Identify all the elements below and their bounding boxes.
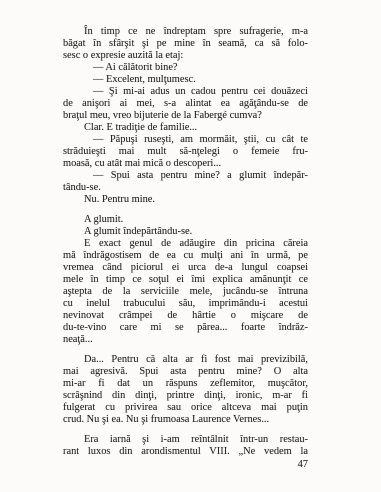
- text-line: mă îndrăgostisem de ea cu mulţi ani în u…: [63, 250, 308, 262]
- text-line: du-te-vino care mi se părea... foarte în…: [63, 322, 308, 334]
- paragraph: Nu. Pentru mine.: [63, 194, 308, 206]
- text-line: fulgerat cu privirea sau orice altceva m…: [63, 402, 308, 414]
- paragraph: A glumit îndepărtându-se.: [63, 226, 308, 238]
- page-number: 47: [63, 459, 308, 470]
- text-line: Da... Pentru că alta ar fi fost mai prev…: [63, 354, 308, 366]
- paragraph: E exact genul de adăugire din pricina că…: [63, 238, 308, 346]
- text-line: crud. Nu şi ea. Nu şi frumoasa Laurence …: [63, 414, 308, 426]
- text-line: — Spui asta pentru mine? a glumit îndepă…: [63, 170, 308, 182]
- text-line: mi-ar fi dat un răspuns zeflemitor, muşc…: [63, 378, 308, 390]
- text-line: aştepta de la serviciile mele, jucându-s…: [63, 286, 308, 298]
- paragraph: În timp ce ne îndreptam spre sufragerie,…: [63, 26, 308, 62]
- text-line: — Păpuşi ruseşti, am mormăit, ştii, cu c…: [63, 134, 308, 146]
- book-page: În timp ce ne îndreptam spre sufragerie,…: [0, 0, 381, 492]
- paragraph: Era iarnă şi i-am reîntâlnit într-un res…: [63, 434, 308, 458]
- text-line: de anişori ai mei, s-a alintat ea agăţân…: [63, 98, 308, 110]
- paragraph: — Ai călătorit bine?: [63, 62, 308, 74]
- text-line: băgat în sfârşit şi pe mine în seamă, ca…: [63, 38, 308, 50]
- text-line: — Excelent, mulţumesc.: [63, 74, 308, 86]
- text-line: E exact genul de adăugire din pricina că…: [63, 238, 308, 250]
- paragraph: A glumit.: [63, 214, 308, 226]
- text-line: Clar. E tradiţie de familie...: [63, 122, 308, 134]
- text-line: A glumit îndepărtându-se.: [63, 226, 308, 238]
- text-line: moasă, cu atât mai mică o descoperi...: [63, 158, 308, 170]
- text-line: — Ai călătorit bine?: [63, 62, 308, 74]
- text-line: cu inelul trabucului său, imprimându-i a…: [63, 298, 308, 310]
- text-line: braţul meu, vreo bijuterie de la Fabergé…: [63, 110, 308, 122]
- paragraph: Da... Pentru că alta ar fi fost mai prev…: [63, 354, 308, 426]
- paragraph: — Excelent, mulţumesc.: [63, 74, 308, 86]
- text-line: scrâşnind din dinţi, printre dinţi, iron…: [63, 390, 308, 402]
- text-line: tându-se.: [63, 182, 308, 194]
- paragraph: — Spui asta pentru mine? a glumit îndepă…: [63, 170, 308, 194]
- text-block: În timp ce ne îndreptam spre sufragerie,…: [63, 26, 308, 458]
- text-line: Nu. Pentru mine.: [63, 194, 308, 206]
- text-line: mai agresivă. Spui asta pentru mine? O a…: [63, 366, 308, 378]
- text-line: În timp ce ne îndreptam spre sufragerie,…: [63, 26, 308, 38]
- text-line: sesc o expresie auzită la etaj:: [63, 50, 308, 62]
- text-line: A glumit.: [63, 214, 308, 226]
- text-line: — Şi mi-ai adus un cadou pentru cei două…: [63, 86, 308, 98]
- text-line: rant luxos din arondismentul VIII. „Ne v…: [63, 446, 308, 458]
- text-line: neaţă...: [63, 334, 308, 346]
- text-line: vremea când piciorul ei urca de-a lungul…: [63, 262, 308, 274]
- text-line: Era iarnă şi i-am reîntâlnit într-un res…: [63, 434, 308, 446]
- text-line: străduieşti mai mult să-nţelegi o femeie…: [63, 146, 308, 158]
- paragraph: Clar. E tradiţie de familie...: [63, 122, 308, 134]
- text-line: mele în timp ce soţul ei îmi explica amă…: [63, 274, 308, 286]
- paragraph: — Păpuşi ruseşti, am mormăit, ştii, cu c…: [63, 134, 308, 170]
- paragraph: — Şi mi-ai adus un cadou pentru cei două…: [63, 86, 308, 122]
- text-line: nevinovat crâmpei de hârtie o mişcare de: [63, 310, 308, 322]
